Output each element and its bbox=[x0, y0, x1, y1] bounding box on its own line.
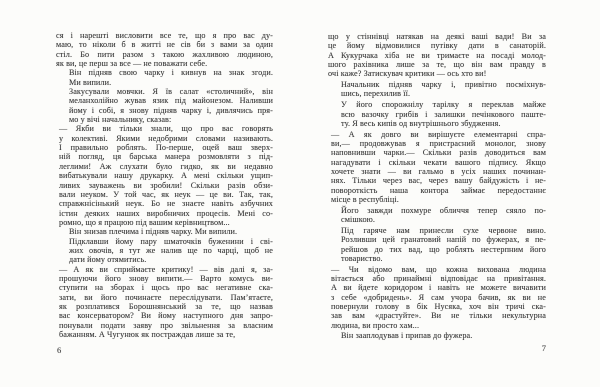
text-line: нагадувати і скільки чекати вашого підпи… bbox=[328, 158, 546, 167]
text-line: ви,— продовжував я пристрасний монолог, … bbox=[328, 139, 546, 148]
text-line: шого рахівника лише за те, що він вам пр… bbox=[328, 60, 546, 69]
text-line: смішкою. bbox=[328, 215, 546, 224]
text-line: ся і нарешті висловити все те, що я про … bbox=[56, 31, 273, 40]
text-line: Начальник підняв чарку і, привітно посмі… bbox=[328, 80, 546, 89]
paragraph: — Якби ви тільки знали, що про вас говор… bbox=[56, 124, 273, 227]
paragraph: Його завжди похмуре обличчя тепер сяяло … bbox=[328, 206, 546, 225]
text-line: понували подати заяву про звільнення за … bbox=[56, 321, 273, 330]
text-line: нях. Тільки через вас, через вашу байдуж… bbox=[328, 176, 546, 185]
text-line: Він зааплодував і припав до фужера. bbox=[328, 331, 546, 340]
text-line: зати, ви його починаєте переслідувати. П… bbox=[56, 293, 273, 302]
text-line: І правильно роблять. По-перше, оцей ваш … bbox=[56, 143, 273, 152]
text-line: Підклавши йому пару шматочків буженини і… bbox=[56, 237, 273, 246]
text-line: людина, ви просто хам... bbox=[328, 321, 546, 330]
paragraph: Він зааплодував і припав до фужера. bbox=[328, 331, 546, 340]
text-line: — А як довго ви вирішуєте елементарні сп… bbox=[328, 130, 546, 139]
text-line: ливих зауважень ви зробили! Скільки разі… bbox=[56, 181, 273, 190]
text-line: хочете знати — ви гальмо в усіх наших по… bbox=[328, 167, 546, 176]
text-line: шись, перехилив її. bbox=[328, 89, 546, 98]
paragraph: — А як ви сприймаєте критику! — вів далі… bbox=[56, 265, 273, 340]
text-line: ромно, що я працюю під вашим керівництво… bbox=[56, 218, 273, 227]
text-line: — Якби ви тільки знали, що про вас говор… bbox=[56, 124, 273, 133]
paragraph: Він знизав плечима і підняв чарку. Ми ви… bbox=[56, 227, 273, 236]
text-line: А Кукурчака хіба не ви тримаєте на посад… bbox=[328, 51, 546, 60]
text-line: вас консерватором? Ви йому наступного дн… bbox=[56, 311, 273, 320]
text-line: Він підняв свою чарку і кивнув на знак з… bbox=[56, 68, 273, 77]
text-line: мо у вічі начальнику, сказав: bbox=[56, 115, 273, 124]
text-line: як ви, це перш за все — не поважати себе… bbox=[56, 59, 273, 68]
paragraph: Під гаряче нам принесли сухе червоне вин… bbox=[328, 226, 546, 263]
text-line: прошуючи його знову випити.— Варто комус… bbox=[56, 274, 273, 283]
text-line: У його спорожнілу тарілку я переклав май… bbox=[328, 100, 546, 109]
text-line: ній погляд, ця барська манера розмовляти… bbox=[56, 152, 273, 161]
text-line: бажанням. А Чугунюк як постраждав лише з… bbox=[56, 330, 273, 339]
text-line: Він знизав плечима і підняв чарку. Ми ви… bbox=[56, 227, 273, 236]
paragraph: Начальник підняв чарку і, привітно посмі… bbox=[328, 80, 546, 99]
paragraph: Закусували мовчки. Я їв салат «столичний… bbox=[56, 87, 273, 124]
text-line: стіл. Бо пити разом з такою жахливою люд… bbox=[56, 50, 273, 59]
paragraph: Підклавши йому пару шматочків буженини і… bbox=[56, 237, 273, 265]
text-line: повороткість наша контора займає передос… bbox=[328, 186, 546, 195]
text-line: Його завжди похмуре обличчя тепер сяяло … bbox=[328, 206, 546, 215]
text-line: ту. Я весь кипів од внутрішнього збуджен… bbox=[328, 119, 546, 128]
text-line: вибатькували нашу друкарку. А мені скіль… bbox=[56, 171, 273, 180]
text-line: що у стіннівці натякав на деякі ваші вад… bbox=[328, 32, 546, 41]
page-number-left: 6 bbox=[57, 345, 61, 355]
text-line: повернули голову в бік Нусяка, хоч він т… bbox=[328, 302, 546, 311]
text-line: істин деяких наших виробничих процесів. … bbox=[56, 209, 273, 218]
text-line: Розливши цей гранатовий напій по фужерах… bbox=[328, 235, 546, 244]
text-line: маю, то ніколи б в житті не сів би з вам… bbox=[56, 40, 273, 49]
page-number-right: 7 bbox=[328, 343, 546, 353]
text-line: товариство. bbox=[328, 254, 546, 263]
text-line: Ми випили. bbox=[56, 78, 273, 87]
text-line: зав вам «драстуйте». Ви не тільки некуль… bbox=[328, 311, 546, 320]
left-page-text-column: ся і нарешті висловити все те, що я про … bbox=[56, 31, 273, 339]
text-line: вітається або принаймні відповідає на пр… bbox=[328, 274, 546, 283]
right-page-text-column: що у стіннівці натякав на деякі ваші вад… bbox=[328, 32, 546, 341]
text-line: у колективі. Якими недобрими словами наз… bbox=[56, 134, 273, 143]
paragraph: — Чи відомо вам, що кожна вихована людин… bbox=[328, 265, 546, 330]
text-line: жих овочів, я тут же налив ще по чарці, … bbox=[56, 246, 273, 255]
text-line: ступити на зборах і щось про вас негатив… bbox=[56, 283, 273, 292]
text-line: справжнісінький неук. Бо не знаєте навіт… bbox=[56, 199, 273, 208]
paragraph: ся і нарешті висловити все те, що я про … bbox=[56, 31, 273, 68]
paragraph: що у стіннівці натякав на деякі ваші вад… bbox=[328, 32, 546, 79]
text-line: з себе «добридень». Я сам учора бачив, я… bbox=[328, 293, 546, 302]
text-line: всю вазочку грибів і залишки печінкового… bbox=[328, 110, 546, 119]
text-line: як розплатився Борошнянський за те, що н… bbox=[56, 302, 273, 311]
text-line: наповнивши чарки.— Скільки разів доводит… bbox=[328, 148, 546, 157]
text-line: — А як ви сприймаєте критику! — вів далі… bbox=[56, 265, 273, 274]
text-line: очі каже? Затискувач критики — ось хто в… bbox=[328, 69, 546, 78]
text-line: це йому відмовилися путівку дати в санат… bbox=[328, 41, 546, 50]
text-line: дати йому отямитись. bbox=[56, 255, 273, 264]
text-line: леглими! Аж слухати було гидко, як ви не… bbox=[56, 162, 273, 171]
text-line: Закусували мовчки. Я їв салат «столичний… bbox=[56, 87, 273, 96]
text-line: місце в республіці. bbox=[328, 195, 546, 204]
paragraph: У його спорожнілу тарілку я переклав май… bbox=[328, 100, 546, 128]
book-spread: ся і нарешті висловити все те, що я про … bbox=[0, 0, 600, 387]
text-line: меланхолійно жував язик під майонезом. Н… bbox=[56, 96, 273, 105]
text-line: А ви йдете коридором і навіть не можете … bbox=[328, 283, 546, 292]
text-line: — Чи відомо вам, що кожна вихована людин… bbox=[328, 265, 546, 274]
text-line: рейшов до тих вад, що роблять нестерпним… bbox=[328, 245, 546, 254]
text-line: Під гаряче нам принесли сухе червоне вин… bbox=[328, 226, 546, 235]
paragraph: Він підняв свою чарку і кивнув на знак з… bbox=[56, 68, 273, 87]
text-line: вали неуком. У той час, як неук — це ви.… bbox=[56, 190, 273, 199]
text-line: йому і собі, я знову підняв чарку і, див… bbox=[56, 106, 273, 115]
paragraph: — А як довго ви вирішуєте елементарні сп… bbox=[328, 130, 546, 205]
